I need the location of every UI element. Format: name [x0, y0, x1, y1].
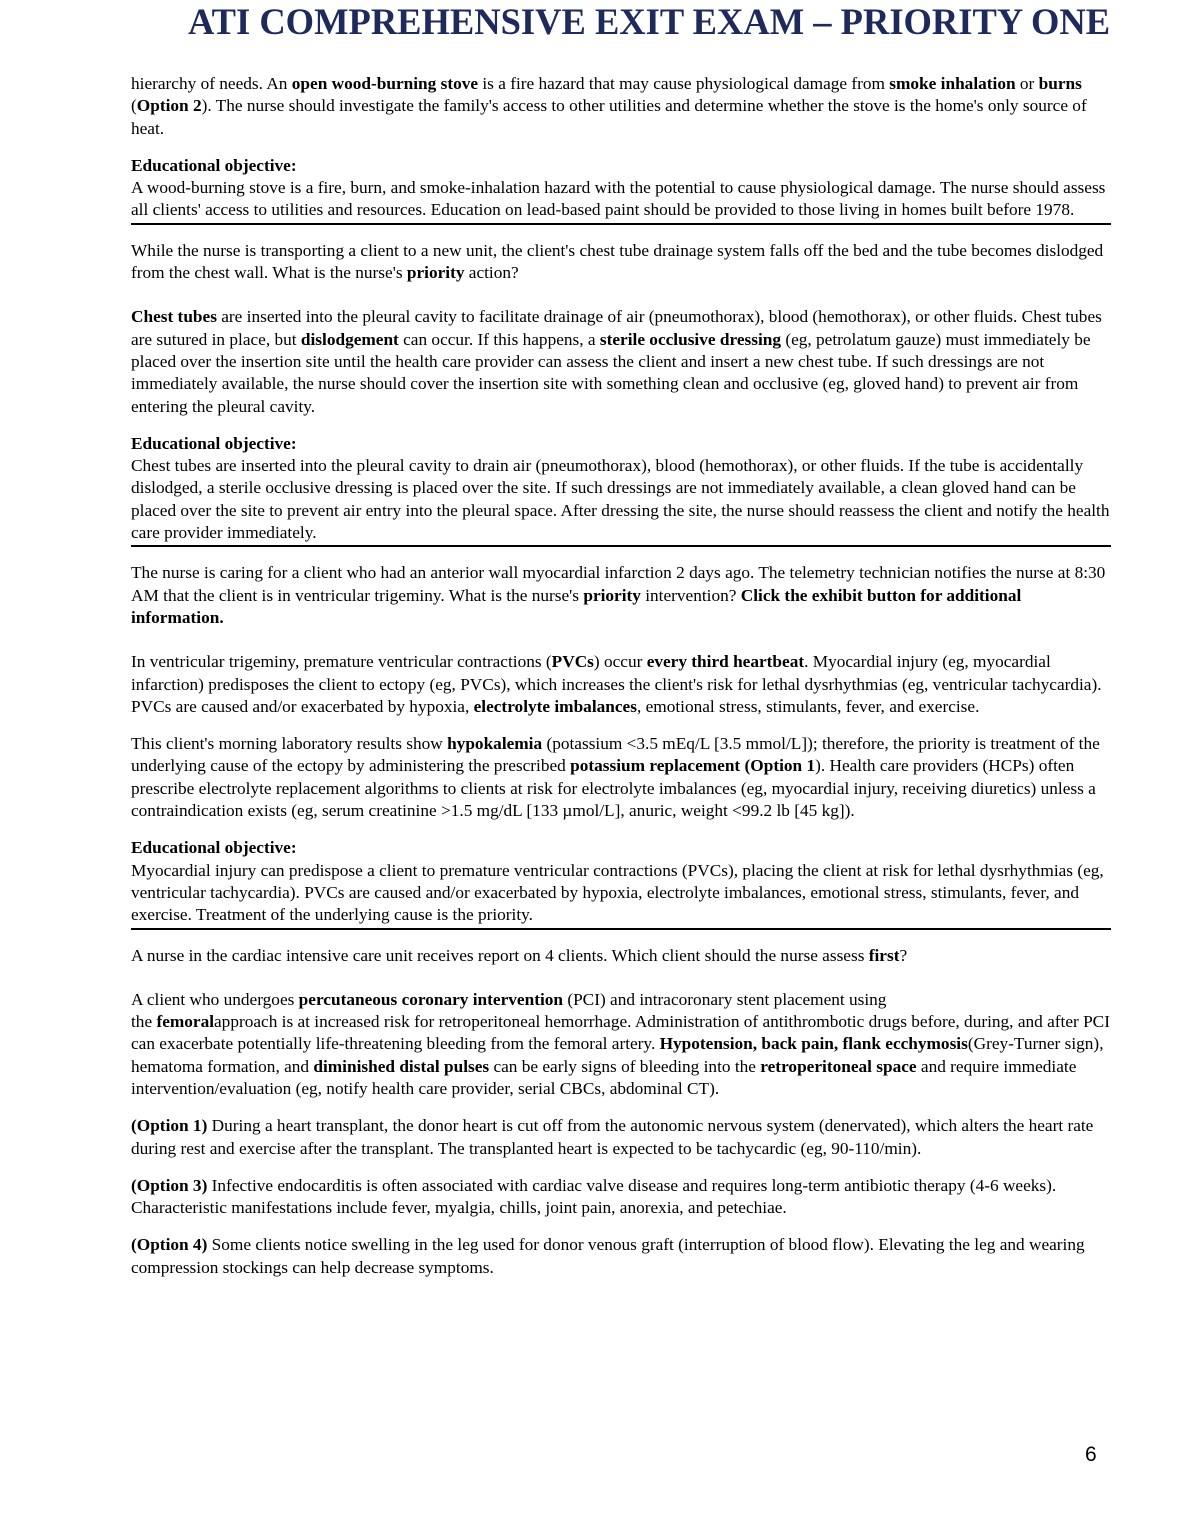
- question-text: While the nurse is transporting a client…: [131, 240, 1111, 285]
- question-text: The nurse is caring for a client who had…: [131, 562, 1111, 629]
- educational-objective-label: Educational objective:: [131, 837, 1111, 859]
- option-4-rationale: (Option 4) Some clients notice swelling …: [131, 1234, 1111, 1279]
- section-trigeminy: The nurse is caring for a client who had…: [131, 562, 1111, 926]
- educational-objective-text: A wood-burning stove is a fire, burn, an…: [131, 177, 1111, 222]
- section-divider: [131, 928, 1111, 930]
- option-3-rationale: (Option 3) Infective endocarditis is oft…: [131, 1175, 1111, 1220]
- educational-objective-text: Myocardial injury can predispose a clien…: [131, 860, 1111, 927]
- section-cardiac-icu: A nurse in the cardiac intensive care un…: [131, 945, 1111, 1280]
- document-body: hierarchy of needs. An open wood-burning…: [131, 73, 1111, 1279]
- educational-objective-label: Educational objective:: [131, 433, 1111, 455]
- question-text: A nurse in the cardiac intensive care un…: [131, 945, 1111, 967]
- page-number: 6: [1085, 1443, 1097, 1467]
- explanation-paragraph: A client who undergoes percutaneous coro…: [131, 989, 1111, 1100]
- section-wood-stove: hierarchy of needs. An open wood-burning…: [131, 73, 1111, 222]
- educational-objective-text: Chest tubes are inserted into the pleura…: [131, 455, 1111, 544]
- explanation-paragraph: Chest tubes are inserted into the pleura…: [131, 306, 1111, 417]
- section-divider: [131, 223, 1111, 225]
- section-divider: [131, 545, 1111, 547]
- educational-objective-label: Educational objective:: [131, 155, 1111, 177]
- section-chest-tube: While the nurse is transporting a client…: [131, 240, 1111, 545]
- explanation-paragraph: hierarchy of needs. An open wood-burning…: [131, 73, 1111, 140]
- explanation-paragraph: In ventricular trigeminy, premature vent…: [131, 651, 1111, 718]
- option-1-rationale: (Option 1) During a heart transplant, th…: [131, 1115, 1111, 1160]
- page-title: ATI COMPREHENSIVE EXIT EXAM – PRIORITY O…: [188, 2, 1108, 42]
- explanation-paragraph: This client's morning laboratory results…: [131, 733, 1111, 822]
